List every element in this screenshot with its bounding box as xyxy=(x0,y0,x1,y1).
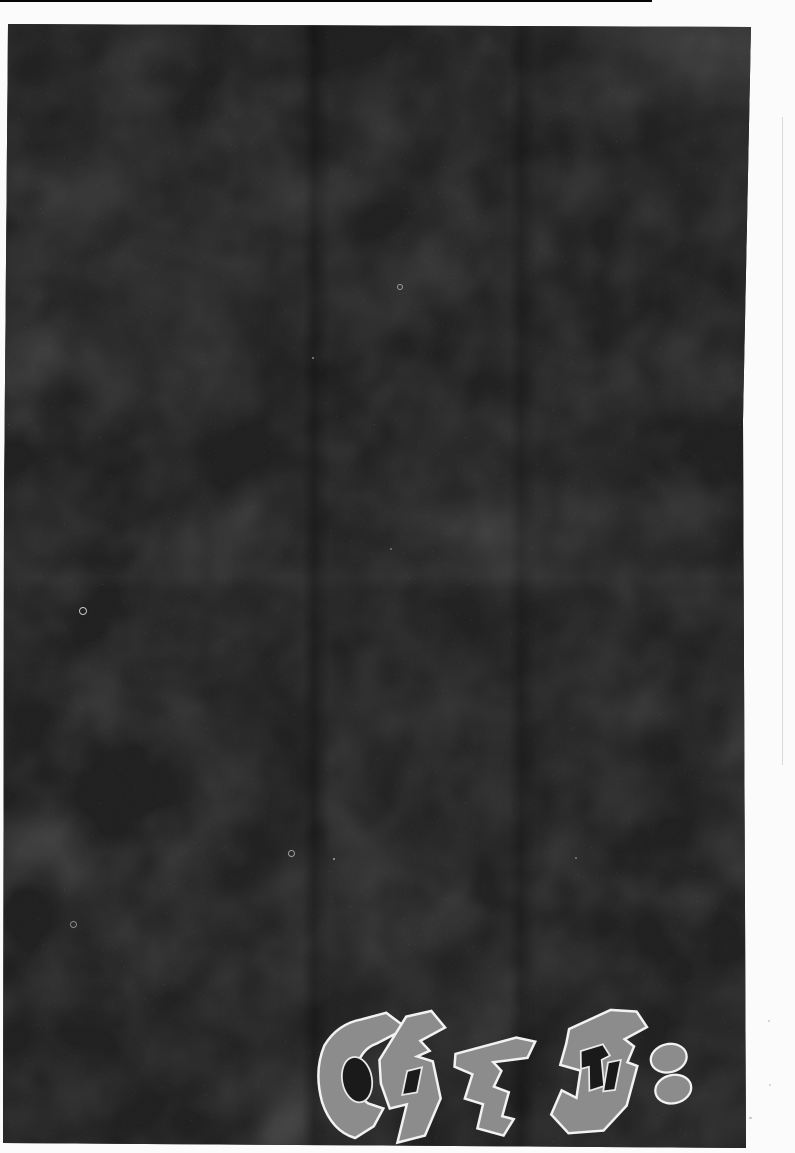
logo-letter-i xyxy=(455,1039,535,1135)
scanner-top-edge-line xyxy=(0,0,652,2)
graffiti-logo xyxy=(311,1004,705,1148)
margin-speck xyxy=(769,1084,771,1086)
margin-speck xyxy=(768,1020,770,1022)
page-speck xyxy=(79,607,87,615)
margin-speck xyxy=(749,1117,752,1119)
page-edge-rule xyxy=(782,117,783,765)
page-speck xyxy=(288,850,295,857)
page-mottle-overlay xyxy=(0,0,795,1153)
scan-canvas: ChiGi: xyxy=(0,0,795,1153)
page-speck xyxy=(575,857,577,859)
page-speck xyxy=(390,548,392,550)
page-speck xyxy=(397,284,403,290)
page-speck xyxy=(70,921,77,928)
scanned-black-page: ChiGi: xyxy=(0,0,795,1153)
page-speck xyxy=(312,357,314,359)
logo-colon-dot xyxy=(649,1042,688,1075)
logo-colon-dot xyxy=(654,1073,693,1106)
page-speck xyxy=(333,858,335,860)
